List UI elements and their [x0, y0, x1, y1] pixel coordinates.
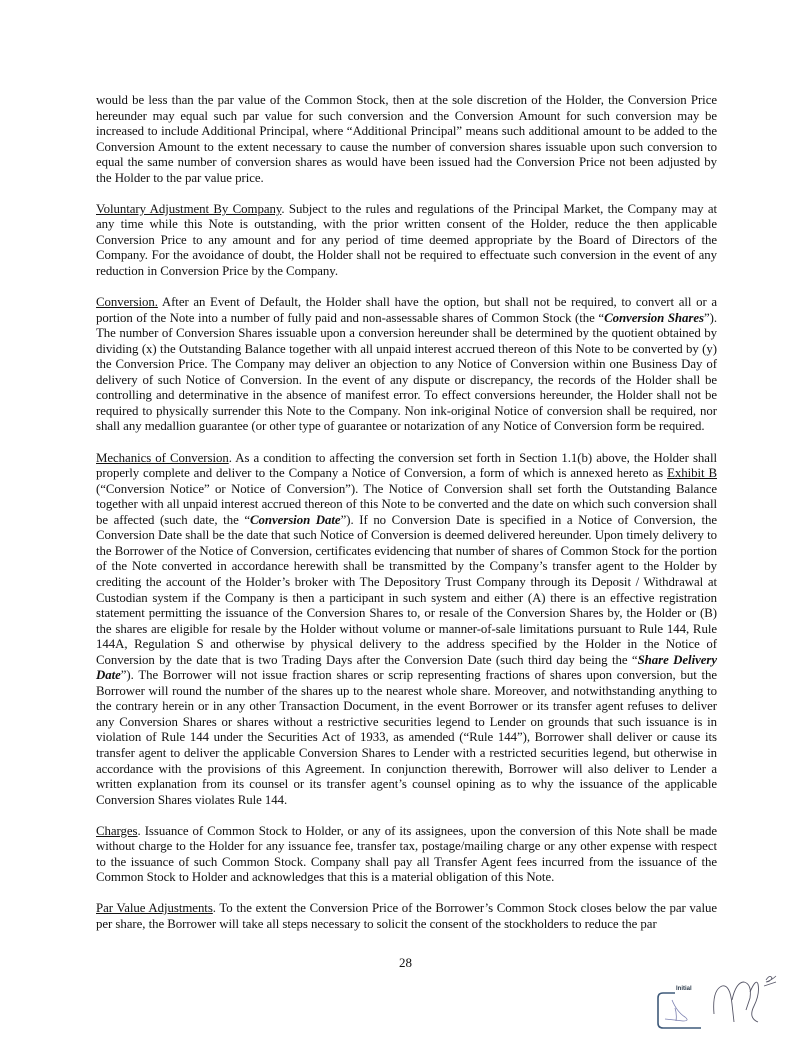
signature-initials-icon [710, 970, 780, 1040]
initial-box-icon [655, 990, 703, 1030]
initial-box-label: Initial [675, 986, 693, 992]
section-heading-charges: Charges [96, 824, 138, 838]
exhibit-reference: Exhibit B [667, 466, 717, 480]
paragraph-text: ”). If no Conversion Date is specified i… [96, 513, 717, 667]
defined-term-conversion-date: Conversion Date [250, 513, 341, 527]
paragraph-conversion: Conversion. After an Event of Default, t… [96, 295, 717, 435]
section-heading-par-value: Par Value Adjustments [96, 901, 213, 915]
paragraph-mechanics-of-conversion: Mechanics of Conversion. As a condition … [96, 451, 717, 809]
section-heading-mechanics: Mechanics of Conversion [96, 451, 229, 465]
defined-term-conversion-shares: Conversion Shares [604, 311, 704, 325]
paragraph-voluntary-adjustment: Voluntary Adjustment By Company. Subject… [96, 202, 717, 280]
paragraph-text: ”). The Borrower will not issue fraction… [96, 668, 717, 806]
section-heading-voluntary-adjustment: Voluntary Adjustment By Company [96, 202, 281, 216]
document-page: would be less than the par value of the … [96, 93, 717, 948]
paragraph-charges: Charges. Issuance of Common Stock to Hol… [96, 824, 717, 886]
paragraph-par-value-adjustments: Par Value Adjustments. To the extent the… [96, 901, 717, 932]
paragraph-text: would be less than the par value of the … [96, 93, 717, 185]
paragraph-text: ”). The number of Conversion Shares issu… [96, 311, 717, 434]
paragraph-intro: would be less than the par value of the … [96, 93, 717, 186]
page-number: 28 [0, 955, 811, 971]
paragraph-text: . Issuance of Common Stock to Holder, or… [96, 824, 717, 885]
section-heading-conversion: Conversion. [96, 295, 158, 309]
